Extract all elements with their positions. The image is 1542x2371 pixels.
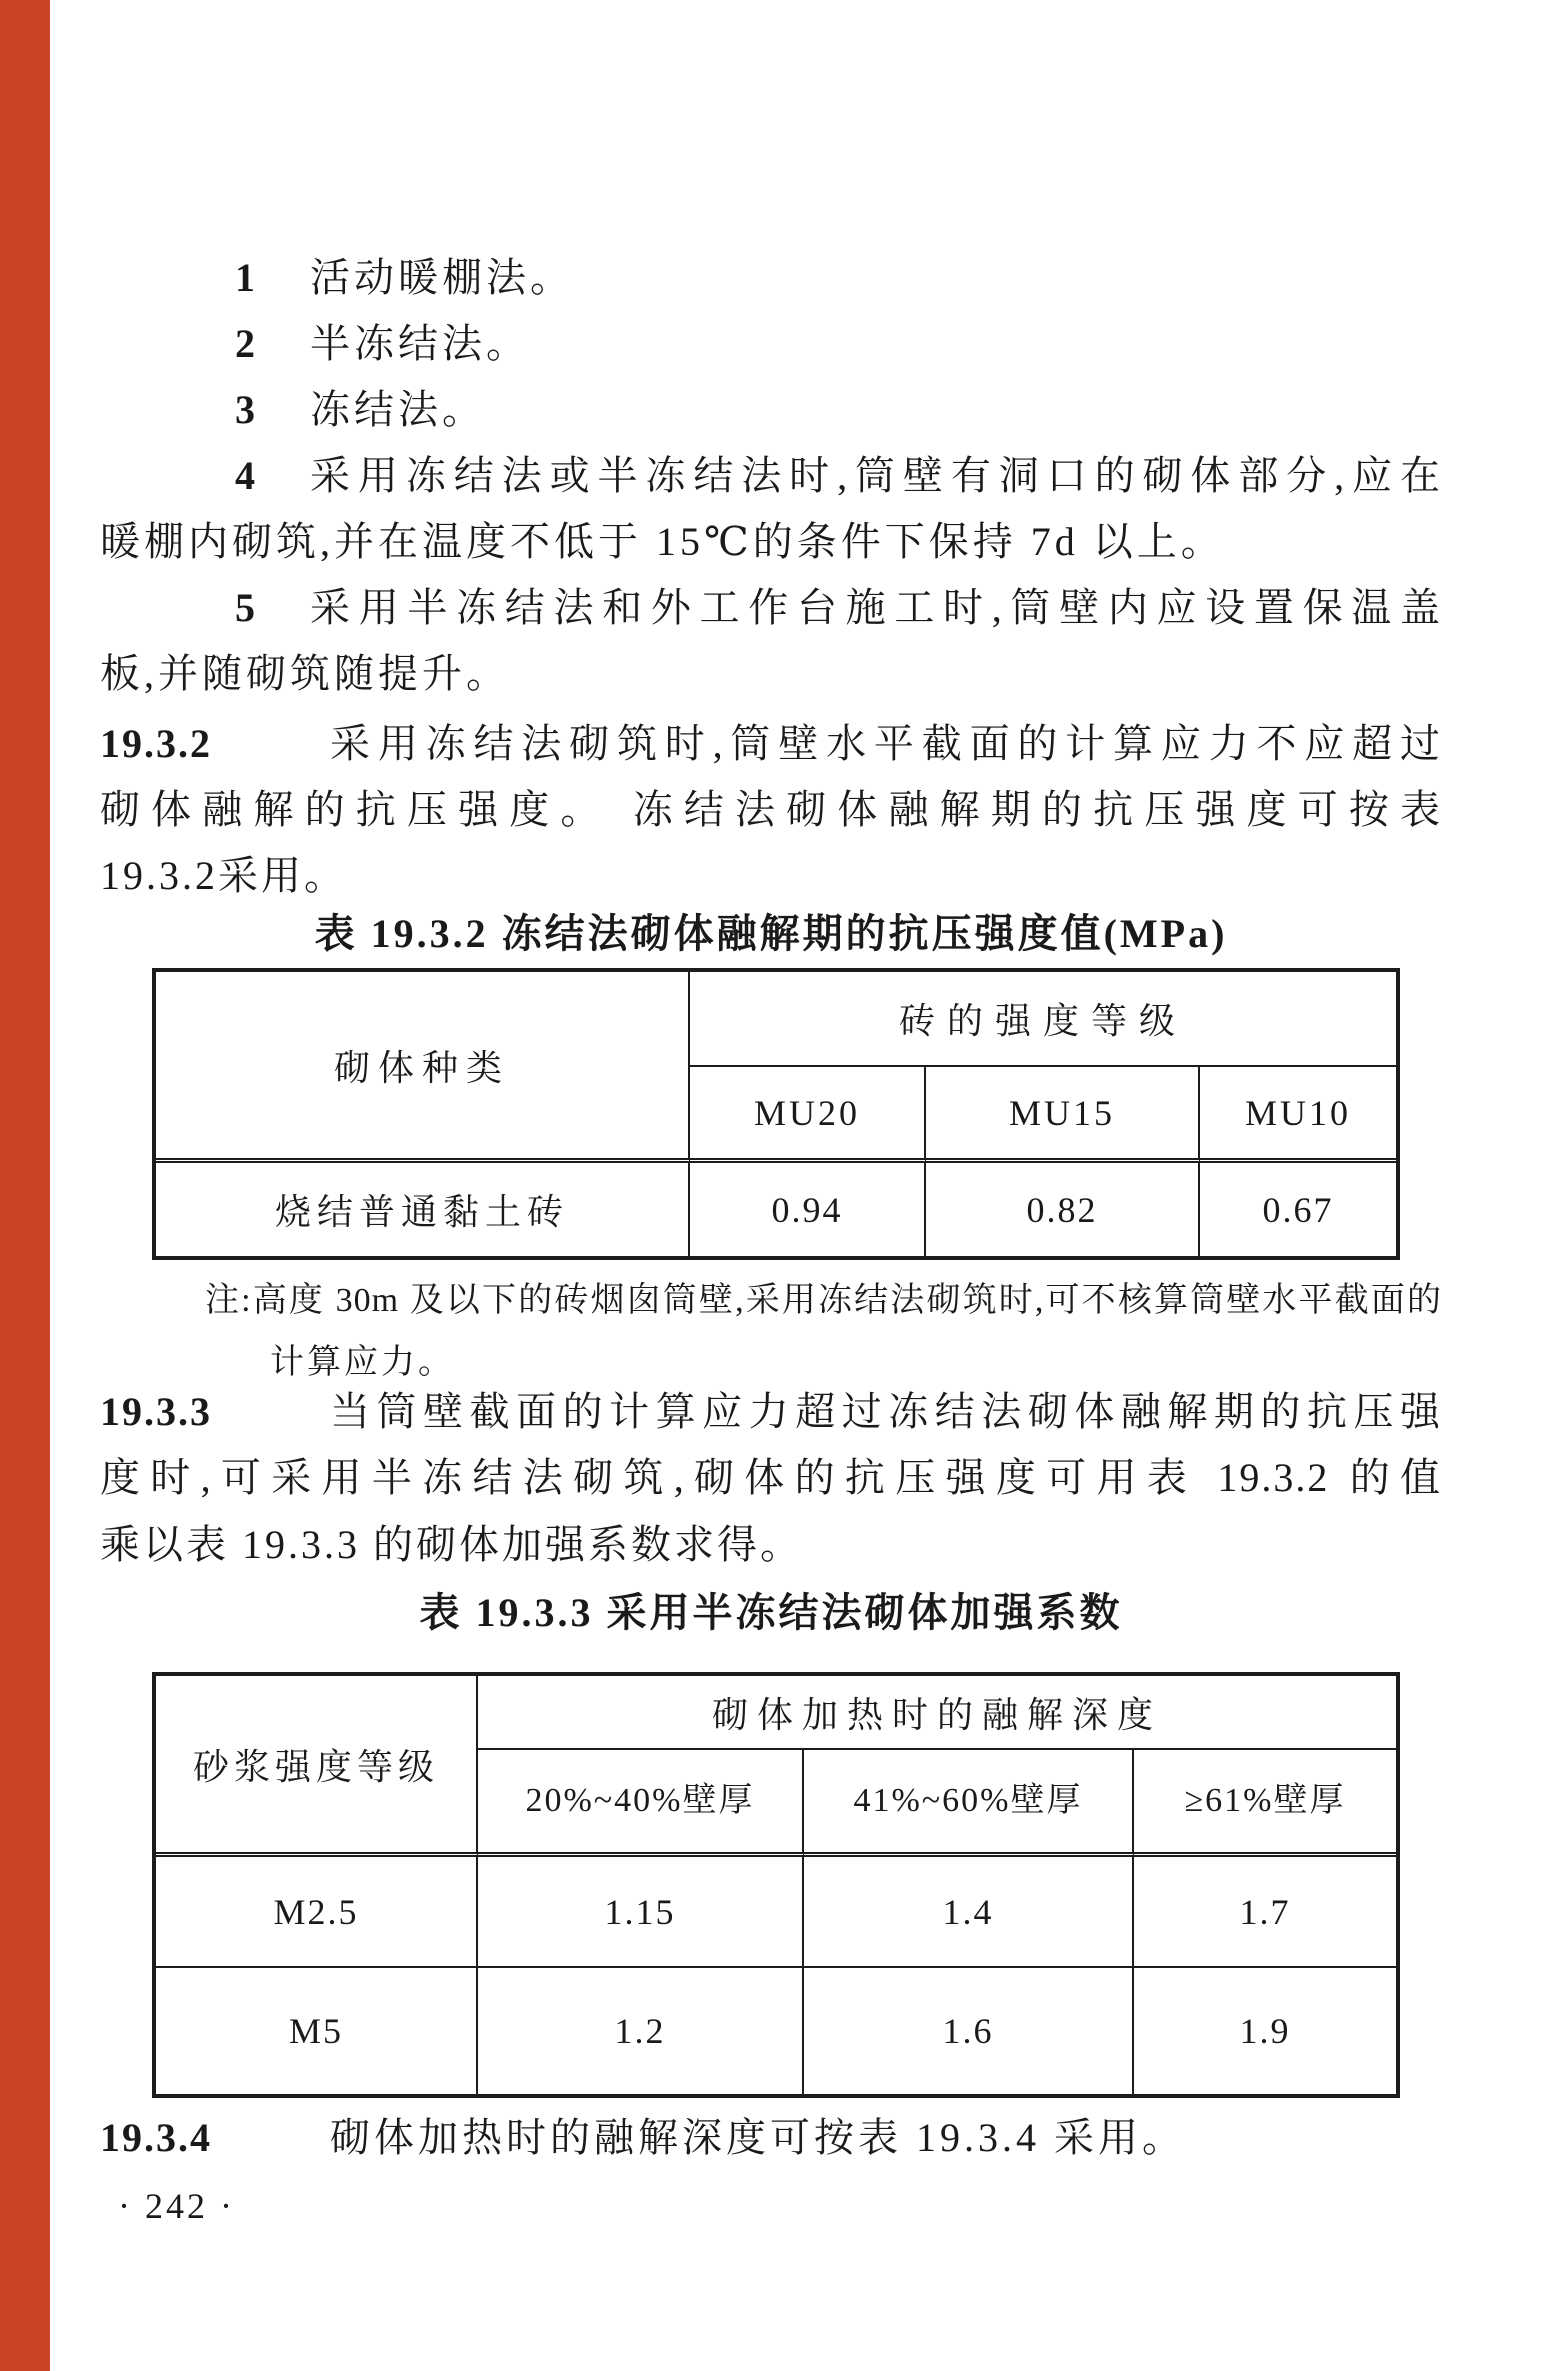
table-19-3-3-row-m25-label: M2.5 (156, 1852, 478, 1966)
section-19-3-3-line-3: 乘以表 19.3.3 的砌体加强系数求得。 (100, 1522, 803, 1568)
section-19-3-4-number: 19.3.4 (100, 2115, 212, 2161)
page-edge-strip (0, 0, 50, 2371)
section-19-3-3-line-2: 度时,可采用半冻结法砌筑,砌体的抗压强度可用表 19.3.2 的值 (100, 1455, 1442, 1501)
table-19-3-2-subheader-mu10: MU10 (1200, 1067, 1396, 1158)
list-item-1-number: 1 (235, 255, 255, 301)
table-19-3-3-row-m5-value-2: 1.6 (804, 1966, 1134, 2094)
table-19-3-3-title: 表 19.3.3 采用半冻结法砌体加强系数 (100, 1590, 1442, 1636)
table-19-3-3-subheader-20-40: 20%~40%壁厚 (478, 1750, 804, 1852)
table-19-3-3-row-m5-label: M5 (156, 1966, 478, 2094)
table-19-3-3-row-m25-value-3: 1.7 (1134, 1852, 1396, 1966)
section-19-3-2-number: 19.3.2 (100, 721, 212, 767)
table-19-3-3-subheader-61: ≥61%壁厚 (1134, 1750, 1396, 1852)
table-19-3-2-value-mu15: 0.82 (926, 1158, 1200, 1256)
list-item-5-line-2: 板,并随砌筑随提升。 (100, 651, 510, 697)
list-item-1-text: 活动暖棚法。 (310, 255, 574, 301)
table-19-3-2-note-line-1: 注:高度 30m 及以下的砖烟囱筒壁,采用冻结法砌筑时,可不核算筒壁水平截面的 (205, 1281, 1442, 1321)
list-item-5-line-1: 采用半冻结法和外工作台施工时,筒壁内应设置保温盖 (310, 585, 1442, 631)
section-19-3-2-line-3: 19.3.2采用。 (100, 853, 347, 899)
section-19-3-3-line-1: 当筒壁截面的计算应力超过冻结法砌体融解期的抗压强 (330, 1389, 1442, 1435)
table-19-3-2-value-mu10: 0.67 (1200, 1158, 1396, 1256)
table-19-3-3: 砂浆强度等级 砌体加热时的融解深度 20%~40%壁厚 41%~60%壁厚 ≥6… (152, 1672, 1400, 2098)
section-19-3-4-line-1: 砌体加热时的融解深度可按表 19.3.4 采用。 (330, 2115, 1186, 2161)
section-19-3-2-line-2: 砌体融解的抗压强度。 冻结法砌体融解期的抗压强度可按表 (100, 787, 1442, 833)
table-19-3-3-row-m25-value-2: 1.4 (804, 1852, 1134, 1966)
list-item-3-text: 冻结法。 (310, 387, 486, 433)
table-19-3-3-subheader-41-60: 41%~60%壁厚 (804, 1750, 1134, 1852)
table-19-3-3-group-header: 砌体加热时的融解深度 (478, 1676, 1396, 1750)
table-19-3-3-corner-header: 砂浆强度等级 (156, 1676, 478, 1852)
table-19-3-2-title: 表 19.3.2 冻结法砌体融解期的抗压强度值(MPa) (100, 911, 1442, 957)
table-19-3-3-row-m5-value-3: 1.9 (1134, 1966, 1396, 2094)
table-19-3-2-row-label: 烧结普通黏土砖 (156, 1158, 690, 1256)
list-item-4-number: 4 (235, 453, 255, 499)
table-19-3-3-row-m5-value-1: 1.2 (478, 1966, 804, 2094)
table-19-3-2-group-header: 砖的强度等级 (690, 972, 1396, 1067)
table-19-3-2-subheader-mu20: MU20 (690, 1067, 926, 1158)
table-19-3-3-row-m25-value-1: 1.15 (478, 1852, 804, 1966)
list-item-2-number: 2 (235, 321, 255, 367)
list-item-2-text: 半冻结法。 (310, 321, 530, 367)
list-item-3-number: 3 (235, 387, 255, 433)
table-19-3-2-value-mu20: 0.94 (690, 1158, 926, 1256)
table-19-3-2-corner-header: 砌体种类 (156, 972, 690, 1158)
scanned-document-page: 1 活动暖棚法。 2 半冻结法。 3 冻结法。 4 采用冻结法或半冻结法时,筒壁… (0, 0, 1542, 2371)
page-number: · 242 · (118, 2186, 235, 2226)
list-item-5-number: 5 (235, 585, 255, 631)
table-19-3-2-note-line-2: 计算应力。 (270, 1343, 455, 1383)
table-19-3-2: 砌体种类 砖的强度等级 MU20 MU15 MU10 烧结普通黏土砖 0.94 … (152, 968, 1400, 1260)
list-item-4-line-2: 暖棚内砌筑,并在温度不低于 15℃的条件下保持 7d 以上。 (100, 519, 1225, 565)
table-19-3-2-subheader-mu15: MU15 (926, 1067, 1200, 1158)
section-19-3-3-number: 19.3.3 (100, 1389, 212, 1435)
list-item-4-line-1: 采用冻结法或半冻结法时,筒壁有洞口的砌体部分,应在 (310, 453, 1442, 499)
section-19-3-2-line-1: 采用冻结法砌筑时,筒壁水平截面的计算应力不应超过 (330, 721, 1442, 767)
